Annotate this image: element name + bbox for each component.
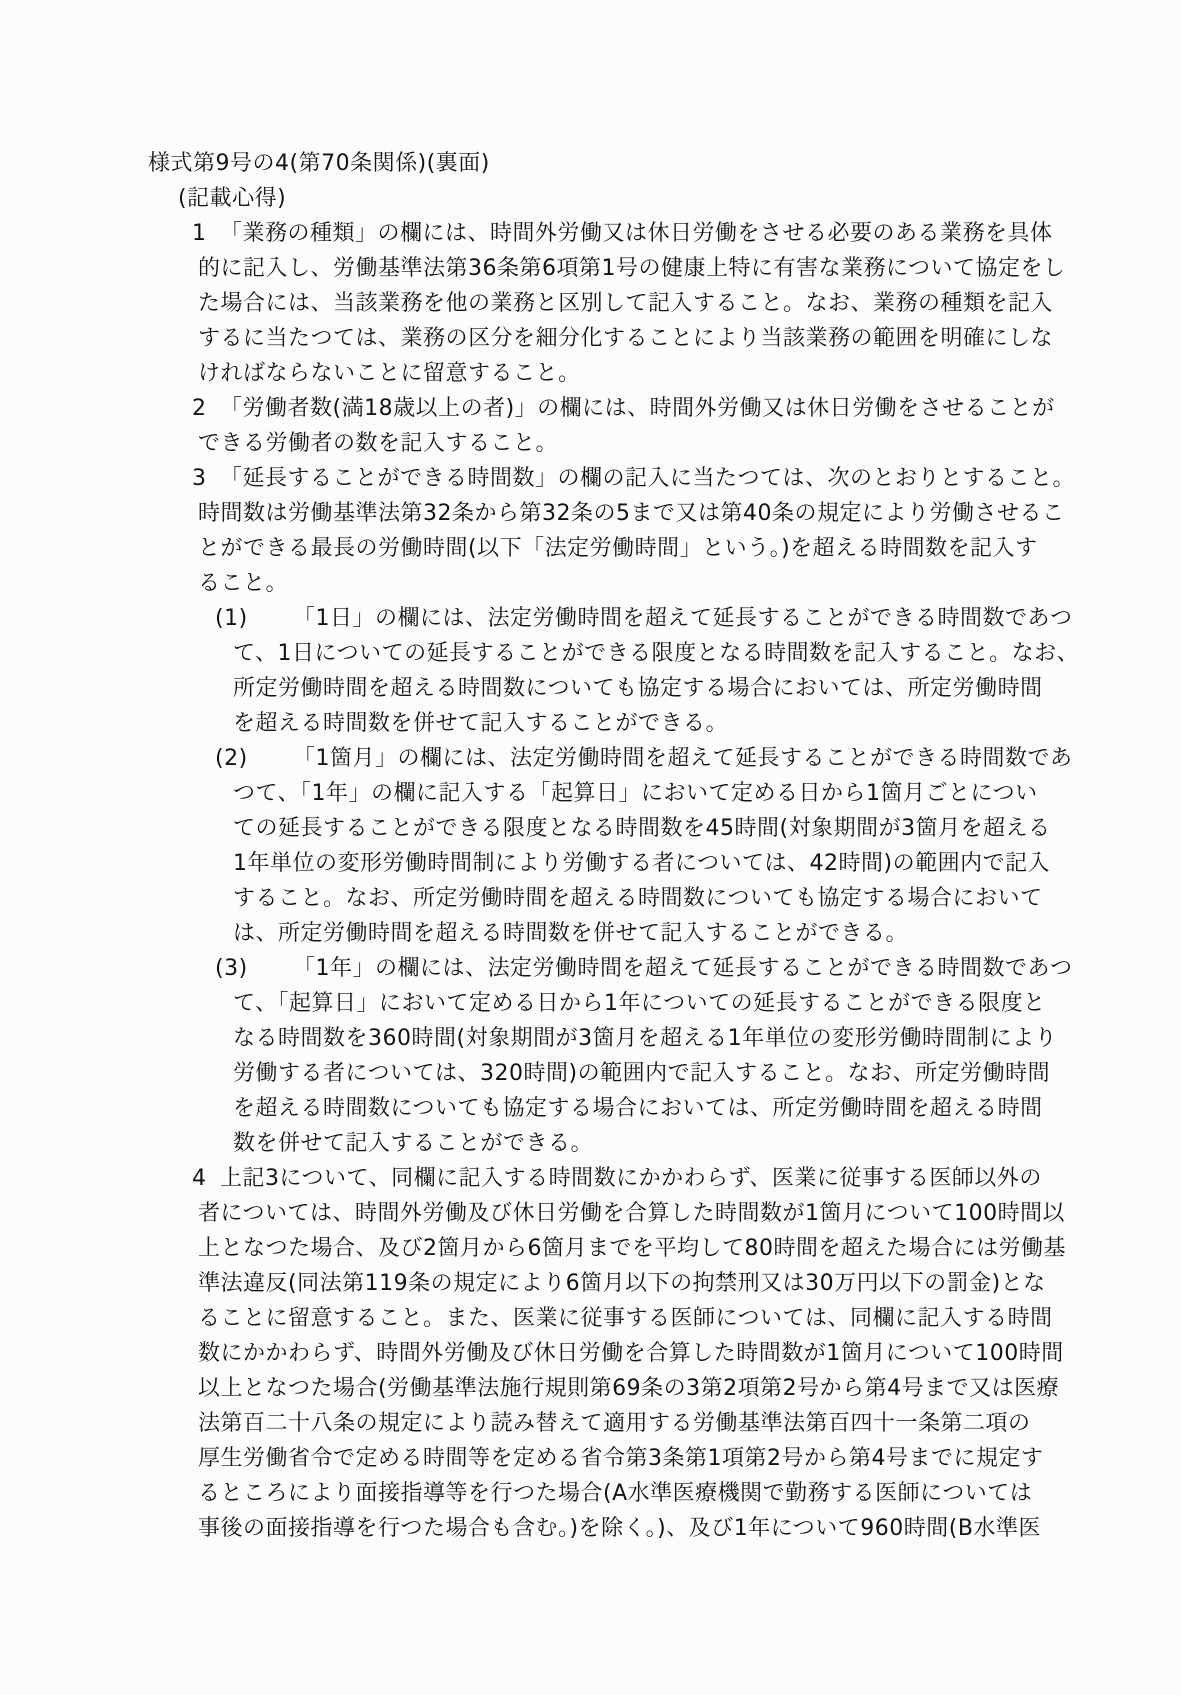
note-line: できる労働者の数を記入すること。 xyxy=(148,426,1141,461)
note-line: 労働する者については、320時間)の範囲内で記入すること。なお、所定労働時間 xyxy=(148,1056,1141,1091)
note-text: 「業務の種類」の欄には、時間外労働又は休日労働をさせる必要のある業務を具体 xyxy=(220,221,1053,246)
note-line: すること。なお、所定労働時間を超える時間数についても協定する場合において xyxy=(148,881,1141,916)
note-line: とができる最長の労働時間(以下「法定労働時間」という。)を超える時間数を記入す xyxy=(148,531,1141,566)
document-page: 様式第9号の4(第70条関係)(裏面) (記載心得) 1「業務の種類」の欄には、… xyxy=(0,0,1181,1695)
note-line: て、1日についての延長することができる限度となる時間数を記入すること。なお、 xyxy=(148,636,1141,671)
note-line: 時間数は労働基準法第32条から第32条の5まで又は第40条の規定により労働させる… xyxy=(148,496,1141,531)
note-number: 2 xyxy=(192,391,220,426)
note-text: 「1年」の欄には、法定労働時間を超えて延長することができる時間数であつ xyxy=(293,956,1073,981)
note-line: ること。 xyxy=(148,566,1141,601)
note-line: するに当たつては、業務の区分を細分化することにより当該業務の範囲を明確にしな xyxy=(148,321,1141,356)
note-line: なる時間数を360時間(対象期間が3箇月を超える1年単位の変形労働時間制により xyxy=(148,1021,1141,1056)
note-number: (2) xyxy=(215,741,293,776)
note-line: を超える時間数についても協定する場合においては、所定労働時間を超える時間 xyxy=(148,1091,1141,1126)
note-line: 法第百二十八条の規定により読み替えて適用する労働基準法第百四十一条第二項の xyxy=(148,1406,1141,1441)
note-line: 厚生労働省令で定める時間等を定める省令第3条第1項第2号から第4号までに規定す xyxy=(148,1441,1141,1476)
note-line: つて、「1年」の欄に記入する「起算日」において定める日から1箇月ごとについ xyxy=(148,776,1141,811)
note-line: 的に記入し、労働基準法第36条第6項第1号の健康上特に有害な業務について協定をし xyxy=(148,251,1141,286)
note-line: 数を併せて記入することができる。 xyxy=(148,1126,1141,1161)
note-line: 所定労働時間を超える時間数についても協定する場合においては、所定労働時間 xyxy=(148,671,1141,706)
note-line: 準法違反(同法第119条の規定により6箇月以下の拘禁刑又は30万円以下の罰金)と… xyxy=(148,1266,1141,1301)
note-line: 数にかかわらず、時間外労働及び休日労働を合算した時間数が1箇月について100時間 xyxy=(148,1336,1141,1371)
note-text: 「延長することができる時間数」の欄の記入に当たつては、次のとおりとすること。 xyxy=(220,466,1075,491)
note-line: (1)「1日」の欄には、法定労働時間を超えて延長することができる時間数であつ xyxy=(148,601,1141,636)
note-line: ての延長することができる限度となる時間数を45時間(対象期間が3箇月を超える xyxy=(148,811,1141,846)
note-text: 「1日」の欄には、法定労働時間を超えて延長することができる時間数であつ xyxy=(293,606,1073,631)
note-number: 3 xyxy=(192,461,220,496)
note-line: 2「労働者数(満18歳以上の者)」の欄には、時間外労働又は休日労働をさせることが xyxy=(148,391,1141,426)
note-line: 3「延長することができる時間数」の欄の記入に当たつては、次のとおりとすること。 xyxy=(148,461,1141,496)
note-line: 1「業務の種類」の欄には、時間外労働又は休日労働をさせる必要のある業務を具体 xyxy=(148,216,1141,251)
note-line: を超える時間数を併せて記入することができる。 xyxy=(148,706,1141,741)
note-line: た場合には、当該業務を他の業務と区別して記入すること。なお、業務の種類を記入 xyxy=(148,286,1141,321)
notes-heading: (記載心得) xyxy=(148,181,1141,216)
note-number: (3) xyxy=(215,951,293,986)
note-number: (1) xyxy=(215,601,293,636)
note-text: 上記3について、同欄に記入する時間数にかかわらず、医業に従事する医師以外の xyxy=(220,1166,1042,1191)
note-text: 「1箇月」の欄には、法定労働時間を超えて延長することができる時間数であ xyxy=(293,746,1073,771)
note-number: 1 xyxy=(192,216,220,251)
note-number: 4 xyxy=(192,1161,220,1196)
note-line: (3)「1年」の欄には、法定労働時間を超えて延長することができる時間数であつ xyxy=(148,951,1141,986)
notes-list: 1「業務の種類」の欄には、時間外労働又は休日労働をさせる必要のある業務を具体的に… xyxy=(148,216,1141,1546)
note-line: ることに留意すること。また、医業に従事する医師については、同欄に記入する時間 xyxy=(148,1301,1141,1336)
note-line: るところにより面接指導等を行つた場合(A水準医療機関で勤務する医師については xyxy=(148,1476,1141,1511)
note-line: 1年単位の変形労働時間制により労働する者については、42時間)の範囲内で記入 xyxy=(148,846,1141,881)
note-line: ければならないことに留意すること。 xyxy=(148,356,1141,391)
note-line: て、「起算日」において定める日から1年についての延長することができる限度と xyxy=(148,986,1141,1021)
note-line: 4上記3について、同欄に記入する時間数にかかわらず、医業に従事する医師以外の xyxy=(148,1161,1141,1196)
note-line: 者については、時間外労働及び休日労働を合算した時間数が1箇月について100時間以 xyxy=(148,1196,1141,1231)
form-label: 様式第9号の4(第70条関係)(裏面) xyxy=(148,146,1141,181)
note-line: は、所定労働時間を超える時間数を併せて記入することができる。 xyxy=(148,916,1141,951)
note-text: 「労働者数(満18歳以上の者)」の欄には、時間外労働又は休日労働をさせることが xyxy=(220,396,1055,421)
note-line: 事後の面接指導を行つた場合も含む。)を除く。)、及び1年について960時間(B水… xyxy=(148,1511,1141,1546)
note-line: 上となつた場合、及び2箇月から6箇月までを平均して80時間を超えた場合には労働基 xyxy=(148,1231,1141,1266)
note-line: (2)「1箇月」の欄には、法定労働時間を超えて延長することができる時間数であ xyxy=(148,741,1141,776)
note-line: 以上となつた場合(労働基準法施行規則第69条の3第2項第2号から第4号まで又は医… xyxy=(148,1371,1141,1406)
